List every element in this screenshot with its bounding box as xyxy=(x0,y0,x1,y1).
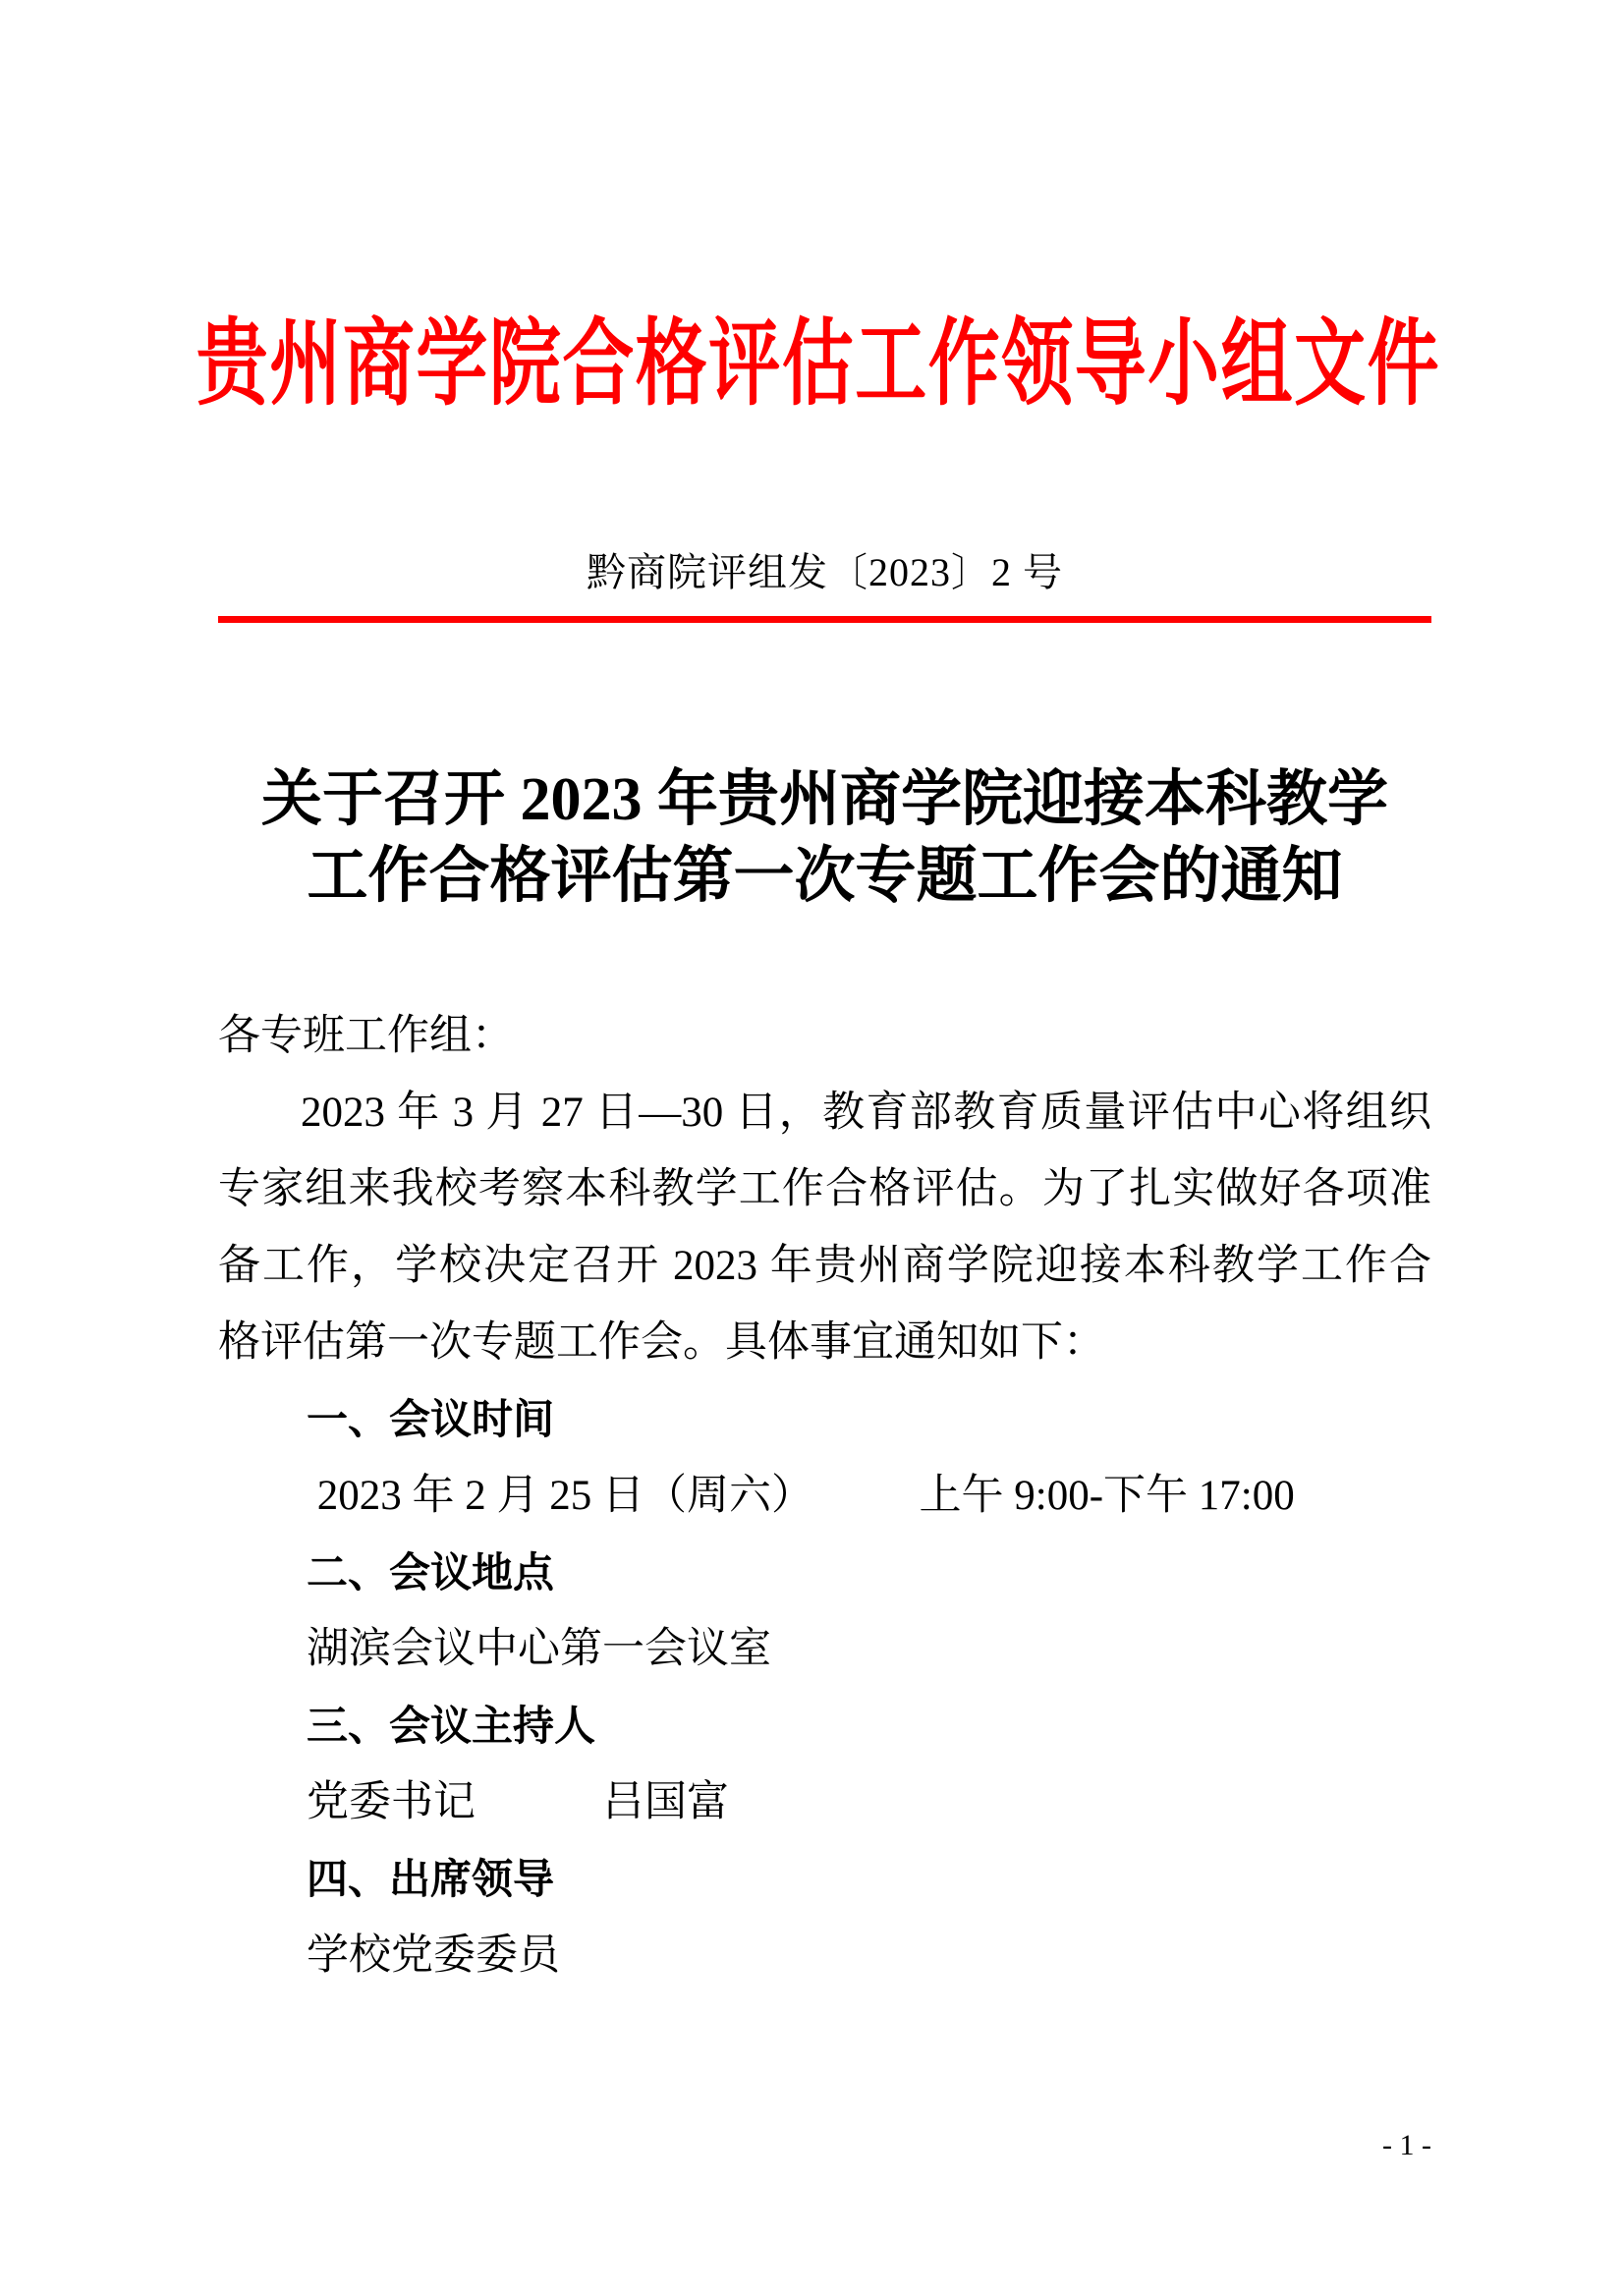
salutation: 各专班工作组： xyxy=(218,998,1431,1075)
document-number: 黔商院评组发〔2023〕2 号 xyxy=(218,548,1431,597)
section-heading-attending-leaders: 四、出席领导 xyxy=(218,1841,1431,1918)
section-content-meeting-host: 党委书记 吕国富 xyxy=(218,1764,1431,1841)
paragraph-line: 专家组来我校考察本科教学工作合格评估。为了扎实做好各项准 xyxy=(218,1151,1431,1228)
red-divider-rule xyxy=(218,616,1431,623)
document-title: 关于召开 2023 年贵州商学院迎接本科教学 工作合格评估第一次专题工作会的通知 xyxy=(218,761,1431,915)
paragraph-line: 备工作，学校决定召开 2023 年贵州商学院迎接本科教学工作合 xyxy=(218,1228,1431,1305)
section-content-meeting-place: 湖滨会议中心第一会议室 xyxy=(218,1611,1431,1688)
paragraph-line: 格评估第一次专题工作会。具体事宜通知如下： xyxy=(218,1305,1431,1381)
section-heading-meeting-place: 二、会议地点 xyxy=(218,1535,1431,1611)
section-heading-meeting-host: 三、会议主持人 xyxy=(218,1688,1431,1764)
section-content-meeting-time: 2023 年 2 月 25 日（周六） 上午 9:00-下午 17:00 xyxy=(218,1458,1431,1535)
document-title-line-1: 关于召开 2023 年贵州商学院迎接本科教学 xyxy=(218,761,1431,838)
document-title-line-2: 工作合格评估第一次专题工作会的通知 xyxy=(218,838,1431,915)
document-body: 各专班工作组： 2023 年 3 月 27 日—30 日，教育部教育质量评估中心… xyxy=(218,998,1431,1994)
section-heading-meeting-time: 一、会议时间 xyxy=(218,1381,1431,1458)
red-header-banner-text: 贵州商学院合格评估工作领导小组文件 xyxy=(196,310,1440,419)
red-header-banner: 贵州商学院合格评估工作领导小组文件 xyxy=(0,310,1623,419)
section-content-attending-leaders: 学校党委委员 xyxy=(218,1918,1431,1994)
page-number: - 1 - xyxy=(218,2128,1431,2163)
paragraph-line: 2023 年 3 月 27 日—30 日，教育部教育质量评估中心将组织 xyxy=(218,1075,1431,1151)
document-page: 贵州商学院合格评估工作领导小组文件 黔商院评组发〔2023〕2 号 关于召开 2… xyxy=(0,0,1623,2296)
